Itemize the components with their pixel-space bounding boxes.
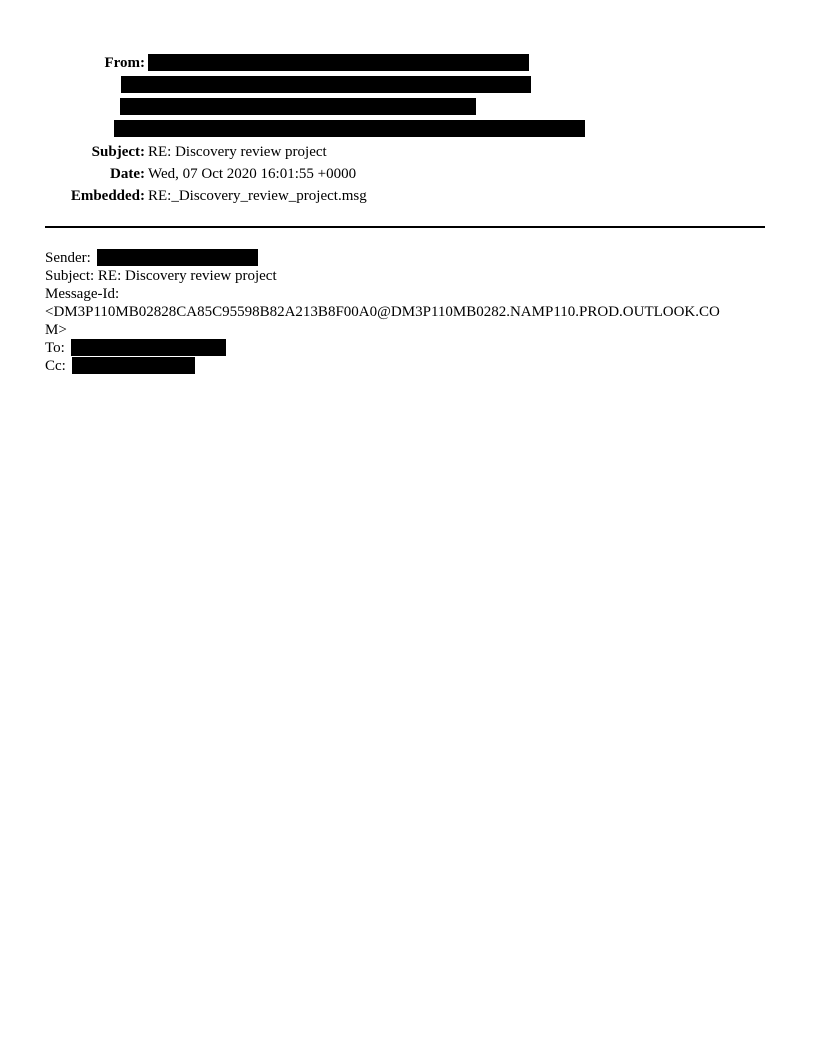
header-divider bbox=[45, 226, 765, 228]
to-label: To: bbox=[45, 340, 65, 356]
from-redaction-3 bbox=[120, 98, 476, 115]
body-subject-value: RE: Discovery review project bbox=[98, 268, 277, 284]
subject-value: RE: Discovery review project bbox=[148, 143, 327, 161]
from-redaction-4 bbox=[114, 120, 585, 137]
message-id-value-line2: M> bbox=[45, 322, 67, 338]
to-redaction bbox=[71, 339, 226, 356]
message-id-value-line1: <DM3P110MB02828CA85C95598B82A213B8F00A0@… bbox=[45, 304, 720, 320]
from-label: From: bbox=[0, 54, 145, 72]
cc-redaction bbox=[72, 357, 195, 374]
date-value: Wed, 07 Oct 2020 16:01:55 +0000 bbox=[148, 165, 356, 183]
cc-line: Cc: bbox=[45, 358, 66, 374]
sender-label: Sender: bbox=[45, 250, 91, 266]
cc-label: Cc: bbox=[45, 358, 66, 374]
body-subject-line: Subject: RE: Discovery review project bbox=[45, 268, 277, 284]
from-redaction-1 bbox=[148, 54, 529, 71]
from-redaction-2 bbox=[121, 76, 531, 93]
subject-label: Subject: bbox=[0, 143, 145, 161]
embedded-attachment-name: RE:_Discovery_review_project.msg bbox=[148, 187, 367, 205]
embedded-label: Embedded: bbox=[0, 187, 145, 205]
to-line: To: bbox=[45, 340, 65, 356]
body-subject-label: Subject: bbox=[45, 268, 94, 284]
sender-line: Sender: bbox=[45, 250, 91, 266]
message-id-label: Message-Id: bbox=[45, 286, 119, 302]
sender-redaction bbox=[97, 249, 258, 266]
date-label: Date: bbox=[0, 165, 145, 183]
